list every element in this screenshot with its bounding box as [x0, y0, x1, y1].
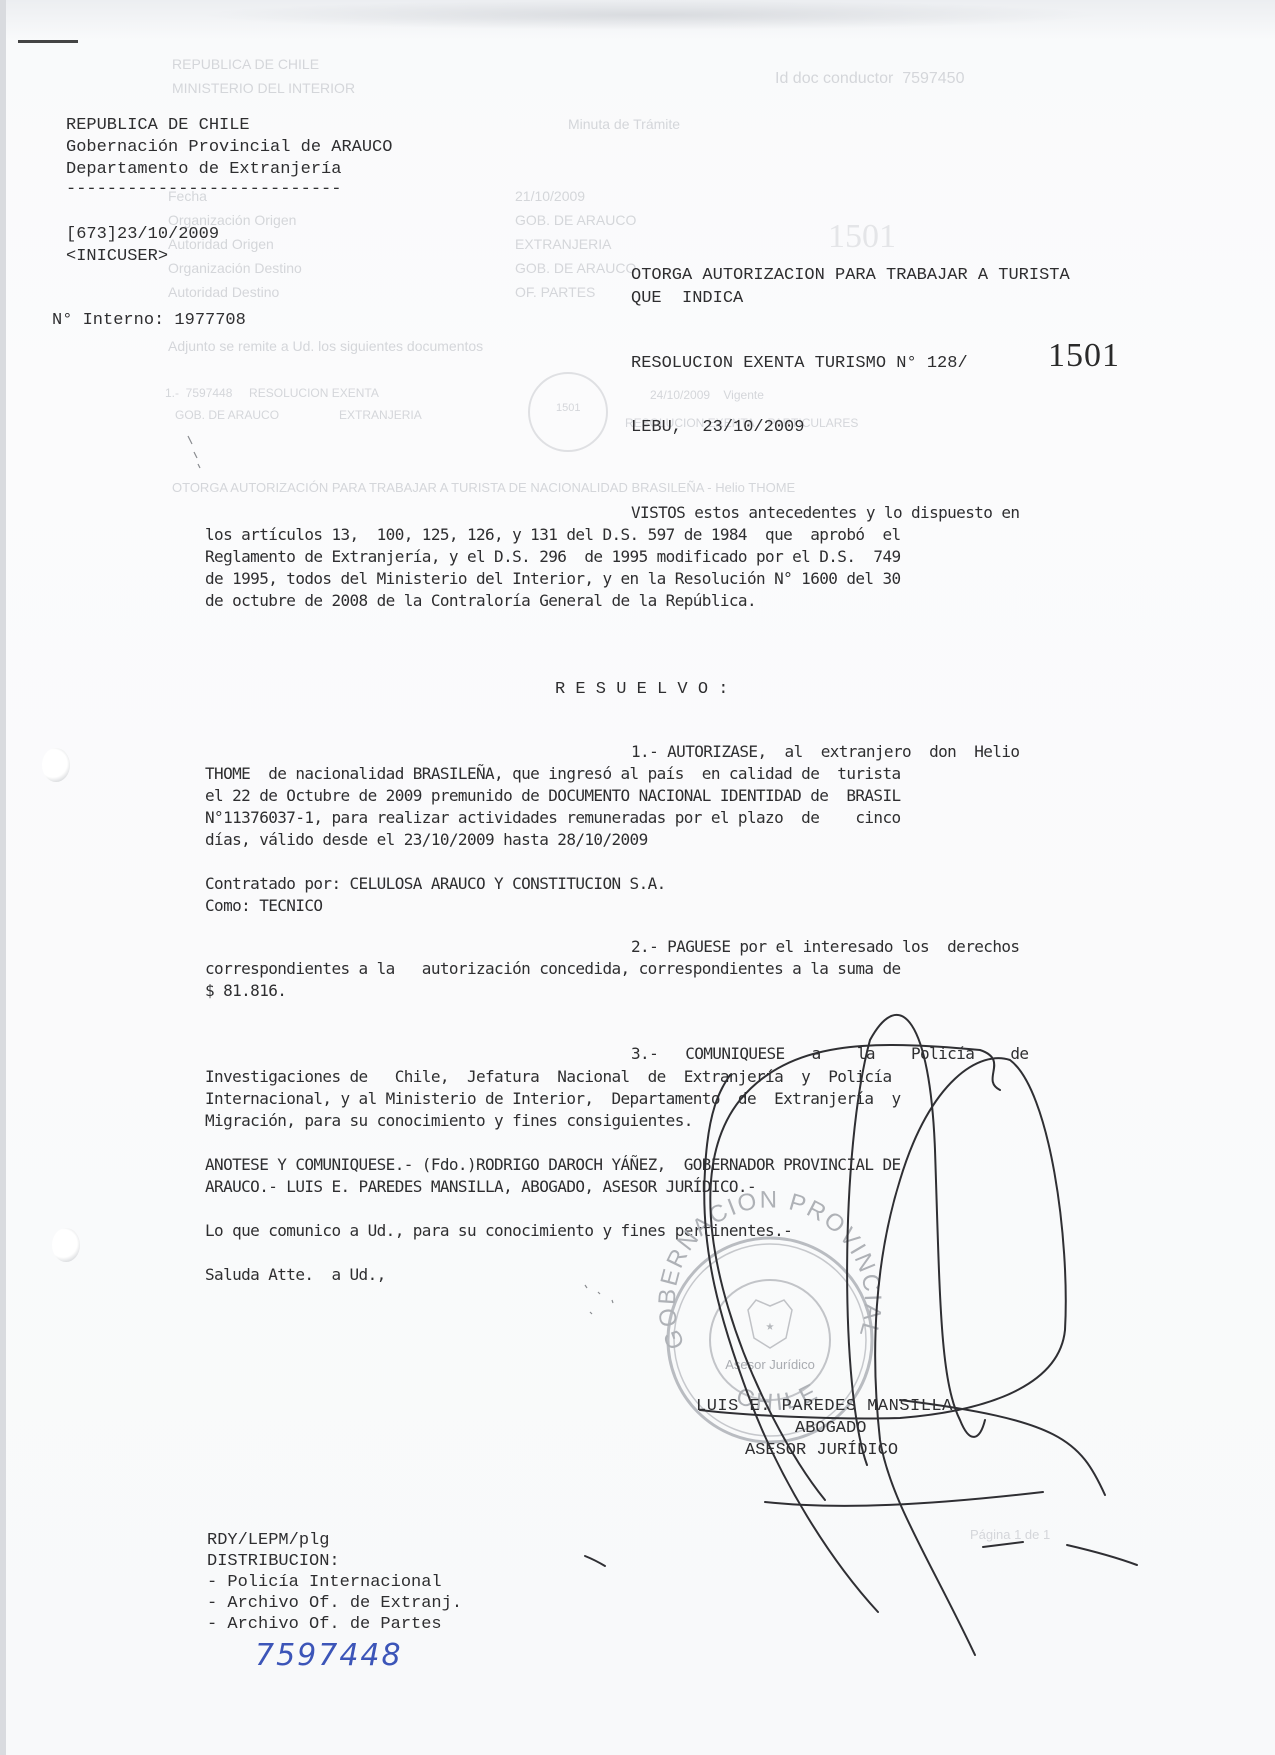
scan-specks	[0, 0, 1275, 1755]
scanned-page: REPUBLICA DE CHILE MINISTERIO DEL INTERI…	[0, 0, 1275, 1755]
